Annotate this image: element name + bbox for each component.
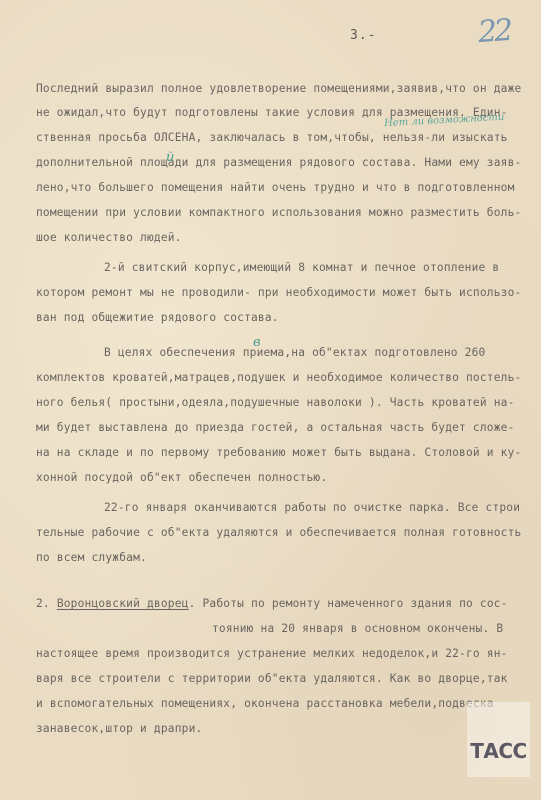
text-line: и вспомогательных помещениях, окончена р…: [36, 697, 494, 710]
section-number: 2.: [36, 597, 50, 610]
text-line: 22-го января оканчиваются работы по очис…: [104, 501, 520, 514]
text-line: на на складе и по первому требованию мож…: [36, 446, 521, 459]
text-line: ного белья( простыни,одеяла,подушечные н…: [36, 396, 515, 409]
text-line: по всем службам.: [36, 551, 147, 564]
text-line: занавесок,штор и драпри.: [36, 722, 202, 735]
text-line: комплектов кроватей,матрацев,подушек и н…: [36, 371, 521, 384]
handwritten-folio-number: 22: [477, 13, 512, 50]
text-line: ми будет выставлена до приезда гостей, а…: [36, 421, 515, 434]
text-line: помещении при условии компактного исполь…: [36, 206, 521, 219]
text-line: тоянию на 20 января в основном окончены.…: [212, 622, 503, 635]
section-heading-line: 2. Воронцовский дворец. Работы по ремонт…: [36, 597, 508, 610]
text-line: варя все строители с территории об"екта …: [36, 672, 508, 685]
text-line: тельные рабочие с об"екта удаляются и об…: [36, 526, 521, 539]
text-line: 2-й свитский корпус,имеющий 8 комнат и п…: [104, 261, 499, 274]
section-title: Воронцовский дворец: [57, 597, 189, 610]
text-line: настоящее время производится устранение …: [36, 647, 508, 660]
text-line: хонной посудой об"ект обеспечен полность…: [36, 471, 327, 484]
handwritten-correction-mark: й: [166, 150, 174, 165]
text-line: котором ремонт мы не проводили- при необ…: [36, 286, 521, 299]
page-number: 3.-: [350, 28, 376, 43]
tass-watermark: ТАСС: [467, 702, 530, 777]
text-line: ван под общежитие рядового состава.: [36, 311, 279, 324]
text-line: Последний выразил полное удовлетворение …: [36, 82, 521, 95]
section-heading-text: . Работы по ремонту намеченного здания п…: [189, 597, 508, 610]
text-line: дополнительной площади для размещения ря…: [36, 156, 521, 169]
text-line: В целях обеспечения приема,на об"ектах п…: [104, 346, 485, 359]
tass-logo: ТАСС: [470, 739, 526, 763]
text-line: шое количество людей.: [36, 231, 182, 244]
text-line: лено,что большего помещения найти очень …: [36, 181, 515, 194]
text-line: ственная просьба ОЛСЕНА, заключалась в т…: [36, 131, 508, 144]
